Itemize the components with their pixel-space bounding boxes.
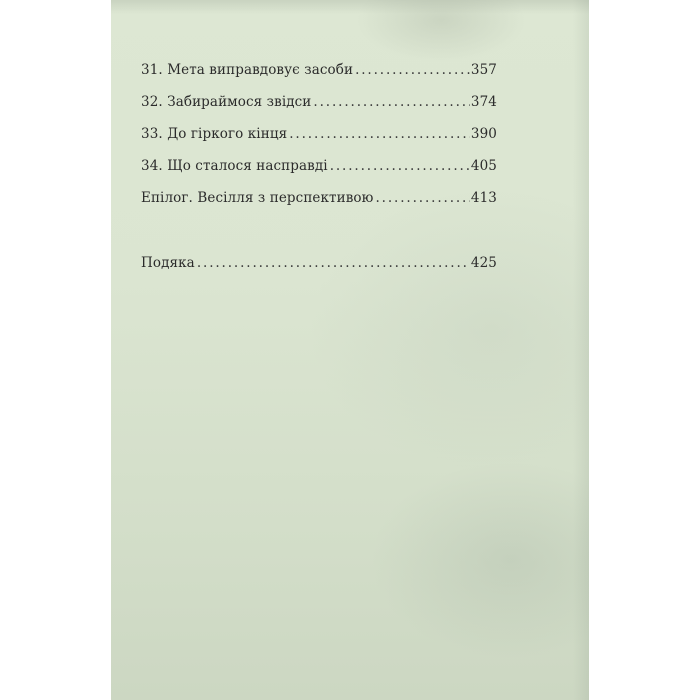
toc-entry-epilogue: Епілог. Весілля з перспективою 413: [141, 190, 497, 222]
dot-leader: [289, 126, 470, 142]
chapter-title: До гіркого кінця: [167, 126, 287, 142]
chapter-number: 32.: [141, 94, 163, 110]
dot-leader: [330, 158, 470, 174]
toc-entry-acknowledgements: Подяка 425: [141, 255, 497, 287]
toc-entry-title: 34. Що сталося насправді: [141, 158, 328, 174]
chapter-title: Забираймося звідси: [167, 94, 311, 110]
chapter-title: Мета виправдовує засоби: [167, 62, 353, 78]
toc-entry-32: 32. Забираймося звідси 374: [141, 94, 497, 126]
table-of-contents: 31. Мета виправдовує засоби 357 32. Заби…: [141, 62, 497, 287]
page-number: 405: [471, 158, 497, 174]
chapter-number: 31.: [141, 62, 163, 78]
dot-leader: [197, 255, 470, 271]
chapter-title: Подяка: [141, 255, 195, 271]
page-number: 413: [471, 190, 497, 206]
dot-leader: [355, 62, 470, 78]
book-page: 31. Мета виправдовує засоби 357 32. Заби…: [111, 0, 589, 700]
toc-entry-34: 34. Що сталося насправді 405: [141, 158, 497, 190]
dot-leader: [376, 190, 470, 206]
page-number: 357: [471, 62, 497, 78]
chapter-title: Епілог. Весілля з перспективою: [141, 190, 374, 206]
chapter-number: 34.: [141, 158, 163, 174]
page-number: 390: [471, 126, 497, 142]
chapter-number: 33.: [141, 126, 163, 142]
dot-leader: [313, 94, 470, 110]
chapter-title: Що сталося насправді: [167, 158, 328, 174]
toc-entry-title: 32. Забираймося звідси: [141, 94, 311, 110]
toc-entry-title: 31. Мета виправдовує засоби: [141, 62, 353, 78]
toc-entry-title: 33. До гіркого кінця: [141, 126, 287, 142]
toc-entry-31: 31. Мета виправдовує засоби 357: [141, 62, 497, 94]
page-number: 425: [471, 255, 497, 271]
page-number: 374: [471, 94, 497, 110]
toc-entry-33: 33. До гіркого кінця 390: [141, 126, 497, 158]
